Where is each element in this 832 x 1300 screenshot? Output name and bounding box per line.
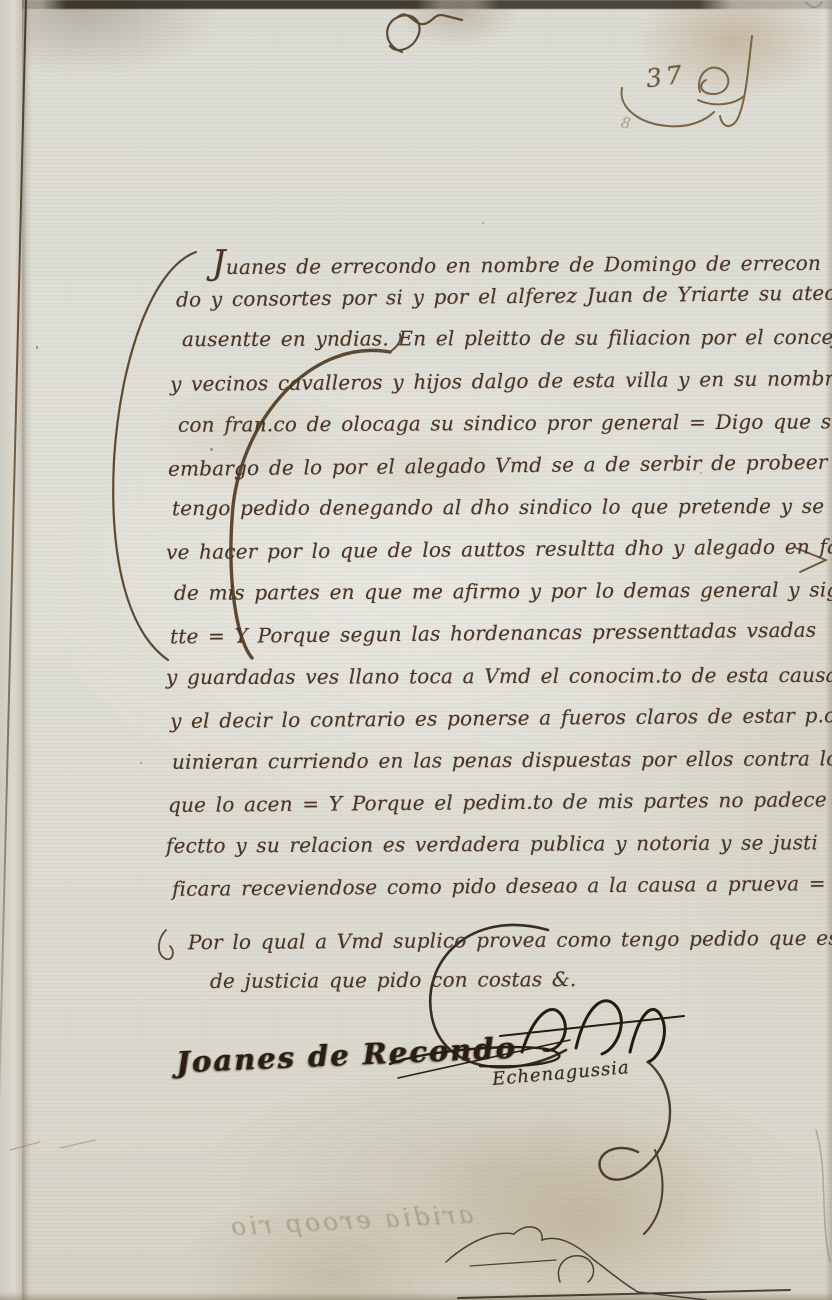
- manuscript-line: que lo acen = Y Porque el pedim.to de mi…: [168, 787, 832, 817]
- repair-patch-outline: [446, 1227, 790, 1300]
- signature-rubric-right-icon: [500, 1001, 684, 1062]
- manuscript-line: ve hacer por lo que de los auttos result…: [166, 534, 832, 564]
- page-edge-shadow-bottom: [0, 1292, 832, 1300]
- manuscript-line: ausentte en yndias. En el pleitto de su …: [182, 325, 832, 351]
- manuscript-line: y el decir lo contrario es ponerse a fue…: [170, 703, 832, 733]
- signature-rubric-tail-icon: [600, 1062, 671, 1234]
- manuscript-line: y guardadas ves llano toca a Vmd el cono…: [166, 663, 832, 689]
- manuscript-line: Juanes de errecondo en nombre de Domingo…: [212, 239, 821, 283]
- manuscript-line: con fran.co de olocaga su sindico pror g…: [178, 409, 832, 437]
- pen-flourishes-layer: [0, 0, 832, 1300]
- manuscript-page: 37 8 Juanes de errecondo en nombre de Do…: [0, 0, 832, 1300]
- ink-speck: [700, 472, 702, 474]
- manuscript-line: embargo de lo por el alegado Vmd se a de…: [168, 449, 832, 481]
- manuscript-line: Por lo qual a Vmd suplico provea como te…: [188, 926, 832, 955]
- manuscript-line: y vecinos cavalleros y hijos dalgo de es…: [170, 366, 832, 396]
- closing-mark-icon: [159, 930, 173, 959]
- paper-texture: [0, 0, 832, 1300]
- binding-crease-shadow: [22, 0, 32, 1300]
- signature-joanes-de-recondo: Joanes de Recondo: [175, 1031, 517, 1080]
- ink-speck: [210, 448, 213, 451]
- marginal-mark: 8: [620, 113, 632, 132]
- manuscript-line: uinieran curriendo en las penas dispuest…: [172, 746, 832, 774]
- ink-speck: [36, 346, 38, 349]
- invocation-flourish-icon: [387, 14, 462, 52]
- manuscript-line: tte = Y Porque segun las hordenancas pre…: [170, 618, 816, 649]
- manuscript-line: de justicia que pido con costas &.: [210, 967, 577, 993]
- manuscript-line: ficara receviendose como pido deseao a l…: [172, 871, 826, 901]
- manuscript-line: fectto y su relacion es verdadera public…: [166, 830, 818, 857]
- page-edge-shadow-right: [825, 0, 832, 1300]
- manuscript-line: de mis partes en que me afirmo y por lo …: [174, 577, 832, 605]
- ink-speck: [482, 222, 484, 224]
- page-edge-shadow-top: [0, 0, 832, 9]
- ink-speck: [140, 762, 142, 764]
- manuscript-line: do y consortes por si y por el alferez J…: [176, 280, 832, 311]
- manuscript-line: tengo pedido denegando al dho sindico lo…: [172, 494, 832, 520]
- bleed-through-text: aridia eroop rio: [227, 1200, 474, 1242]
- folio-number: 37: [644, 60, 687, 94]
